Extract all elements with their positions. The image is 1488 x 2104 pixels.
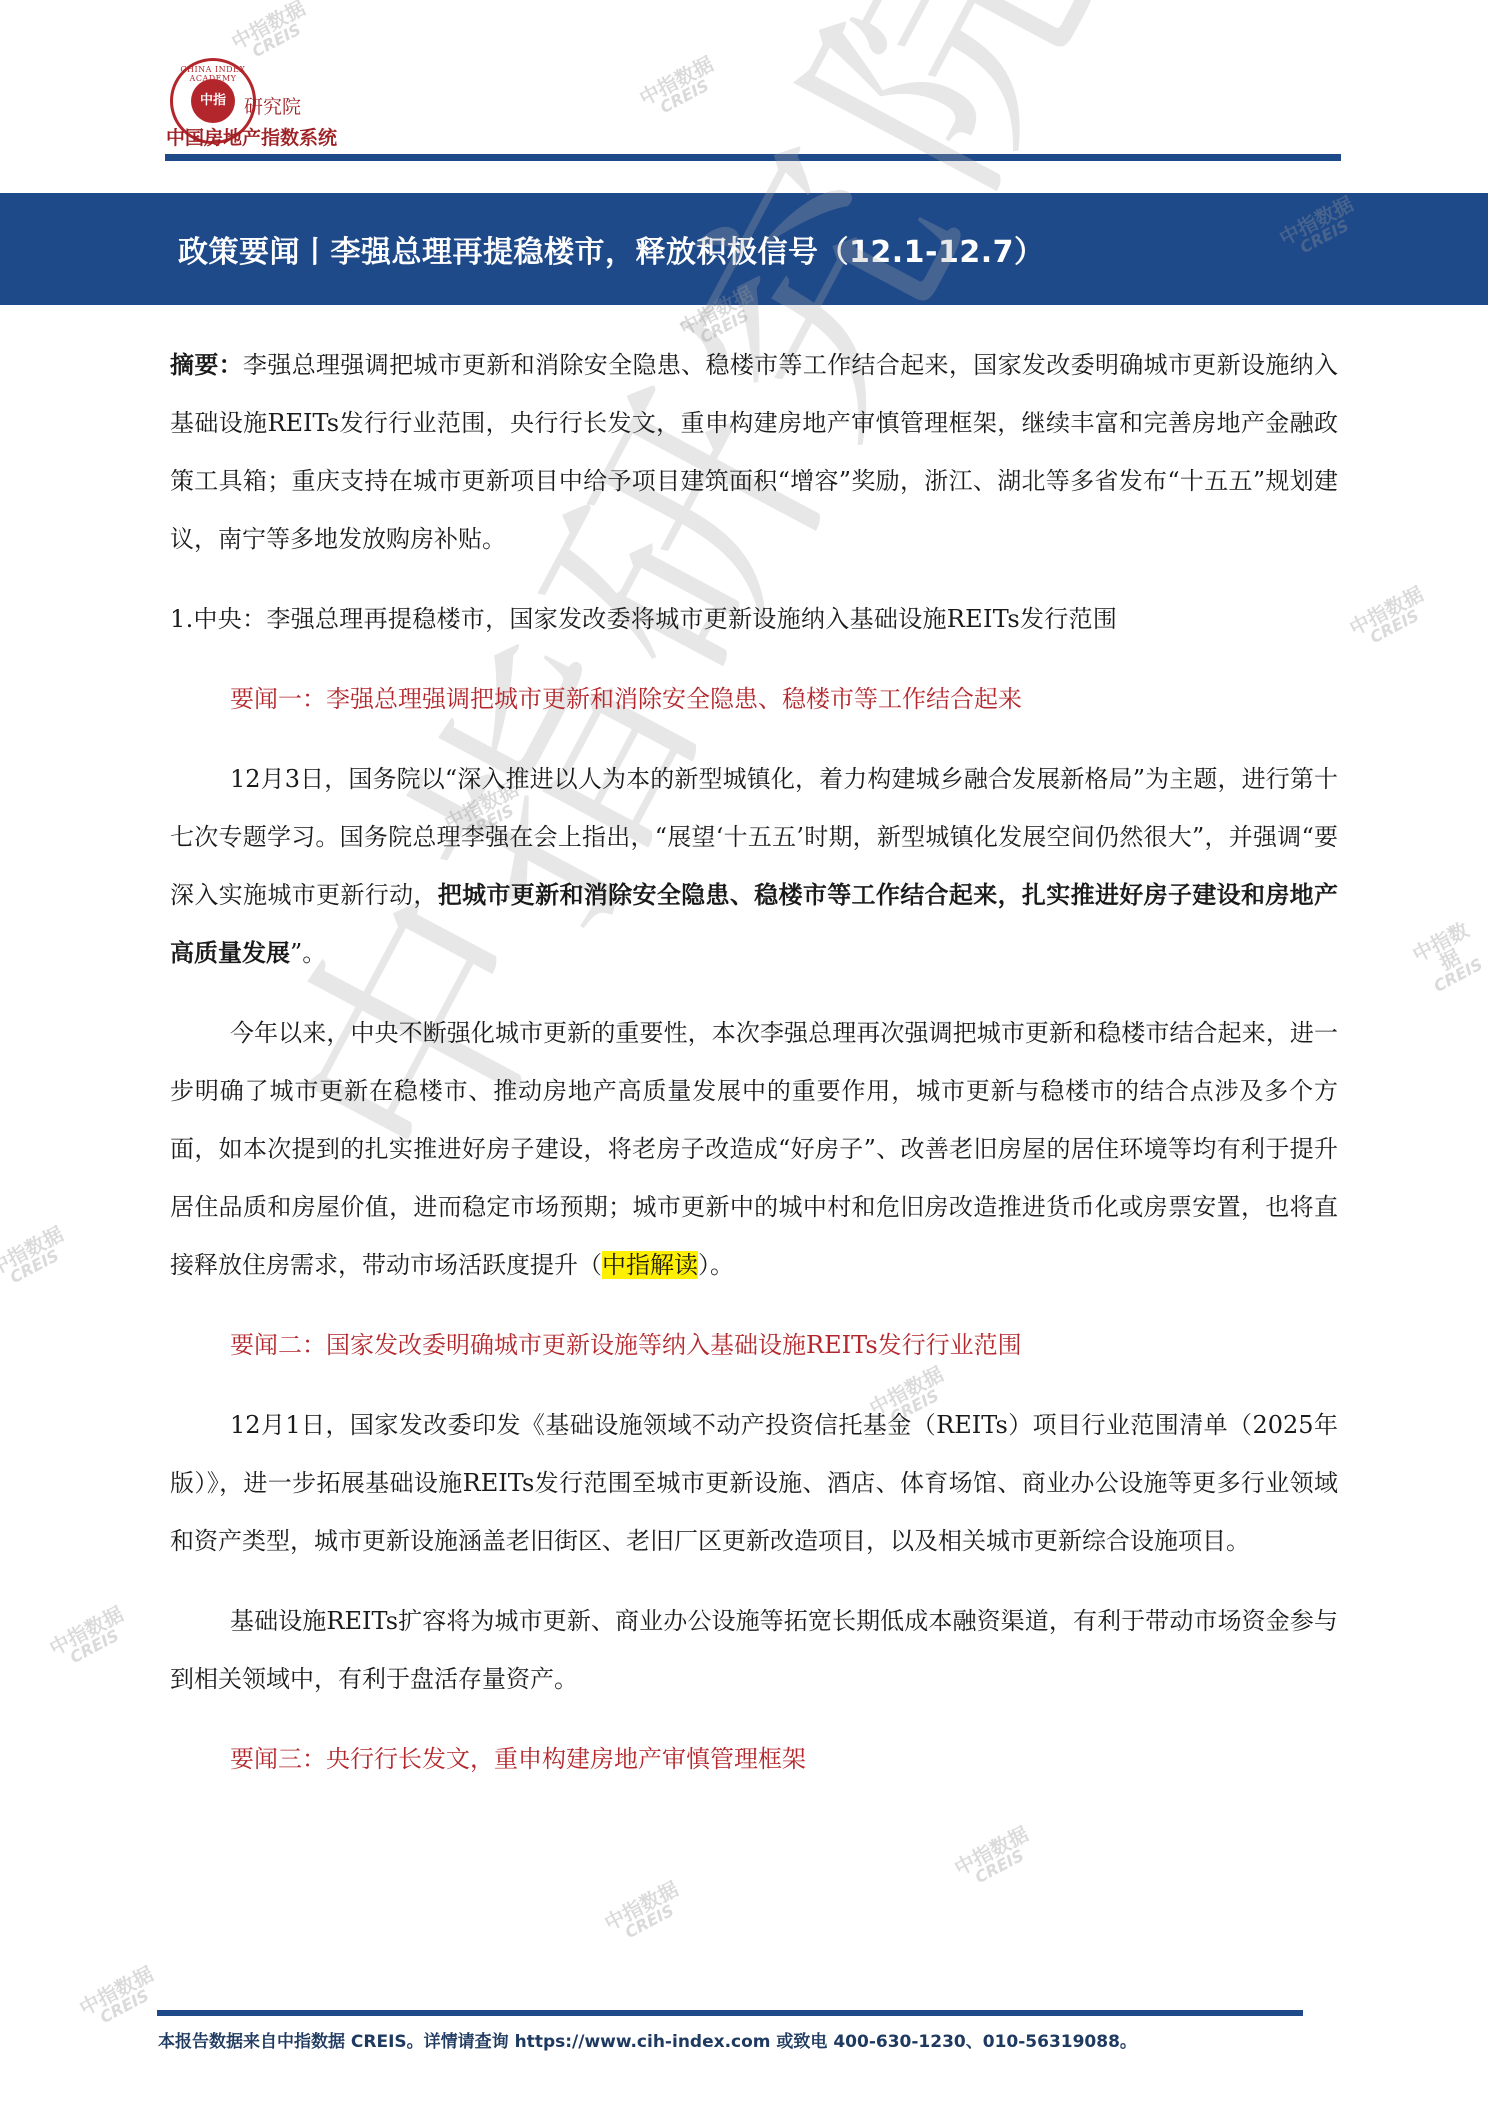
analysis-highlight: 中指解读 bbox=[602, 1251, 698, 1279]
news2-paragraph-2: 基础设施REITs扩容将为城市更新、商业办公设施等拓宽长期低成本融资渠道，有利于… bbox=[170, 1592, 1338, 1708]
news1-paragraph-2: 今年以来，中央不断强化城市更新的重要性，本次李强总理再次强调把城市更新和稳楼市结… bbox=[170, 1004, 1338, 1294]
news-heading-1: 要闻一：李强总理强调把城市更新和消除安全隐患、稳楼市等工作结合起来 bbox=[230, 670, 1338, 728]
watermark: 中指数据CREIS bbox=[951, 1823, 1039, 1892]
footer-divider bbox=[157, 2010, 1303, 2016]
logo-center-text: 中指 bbox=[191, 79, 235, 123]
news-heading-2: 要闻二：国家发改委明确城市更新设施等纳入基础设施REITs发行行业范围 bbox=[230, 1316, 1338, 1374]
watermark: 中指数据CREIS bbox=[46, 1603, 134, 1672]
summary-text: 李强总理强调把城市更新和消除安全隐患、稳楼市等工作结合起来，国家发改委明确城市更… bbox=[170, 351, 1338, 553]
news2-paragraph-1: 12月1日，国家发改委印发《基础设施领域不动产投资信托基金（REITs）项目行业… bbox=[170, 1396, 1338, 1570]
watermark: 中指数据CREIS bbox=[1401, 915, 1488, 1001]
header-divider bbox=[165, 154, 1341, 161]
news1-p2-end: ）。 bbox=[698, 1251, 734, 1279]
section-heading: 1.中央：李强总理再提稳楼市，国家发改委将城市更新设施纳入基础设施REITs发行… bbox=[170, 590, 1338, 648]
watermark: 中指数据CREIS bbox=[601, 1878, 689, 1947]
org-name-line2: 中国房地产指数系统 bbox=[166, 123, 337, 150]
page-title: 政策要闻丨李强总理再提稳楼市，释放积极信号（12.1-12.7） bbox=[178, 227, 1045, 271]
summary-label: 摘要： bbox=[170, 350, 243, 379]
news1-paragraph-1: 12月3日，国务院以“深入推进以人为本的新型城镇化，着力构建城乡融合发展新格局”… bbox=[170, 750, 1338, 982]
title-band: 政策要闻丨李强总理再提稳楼市，释放积极信号（12.1-12.7） bbox=[0, 193, 1488, 305]
news1-p2-text: 今年以来，中央不断强化城市更新的重要性，本次李强总理再次强调把城市更新和稳楼市结… bbox=[170, 1019, 1338, 1279]
watermark: 中指数据CREIS bbox=[1346, 583, 1434, 652]
watermark: 中指数据CREIS bbox=[76, 1963, 164, 2032]
watermark: 中指数据CREIS bbox=[0, 1223, 74, 1292]
watermark: 中指数据CREIS bbox=[636, 53, 724, 122]
org-name-line1: 研究院 bbox=[244, 92, 301, 119]
summary-paragraph: 摘要：李强总理强调把城市更新和消除安全隐患、稳楼市等工作结合起来，国家发改委明确… bbox=[170, 336, 1338, 568]
report-body: 摘要：李强总理强调把城市更新和消除安全隐患、稳楼市等工作结合起来，国家发改委明确… bbox=[170, 336, 1338, 1788]
news-heading-3: 要闻三：央行行长发文，重申构建房地产审慎管理框架 bbox=[230, 1730, 1338, 1788]
footer-source-note: 本报告数据来自中指数据 CREIS。详情请查询 https://www.cih-… bbox=[158, 2027, 1137, 2052]
watermark: 中指数据CREIS bbox=[228, 0, 316, 67]
news1-p1-end: ”。 bbox=[290, 939, 326, 967]
